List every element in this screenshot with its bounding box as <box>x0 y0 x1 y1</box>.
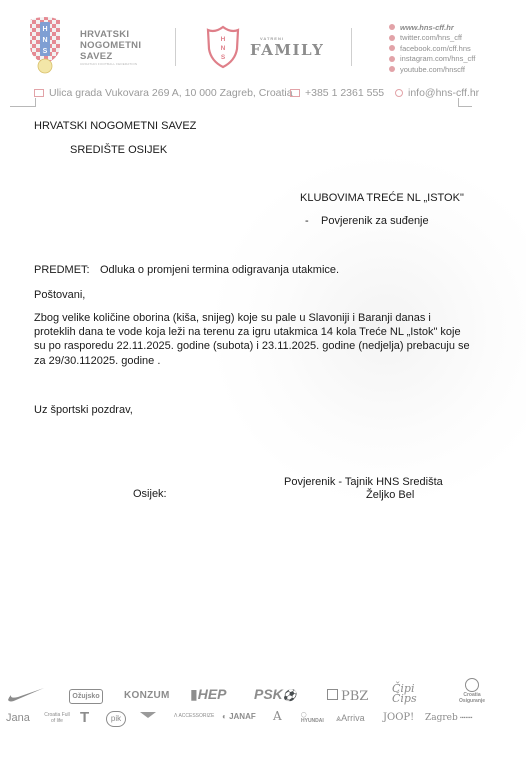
amadria-park-logo: A <box>273 709 282 723</box>
arriva-logo: ⩓Arriva <box>336 713 365 724</box>
svg-text:S: S <box>43 48 48 55</box>
twitter-icon <box>389 35 395 41</box>
zagrebacka-logo <box>140 712 156 722</box>
cipi-cips-logo: Čipi Čips <box>392 684 432 704</box>
zagreb-logo: Zagreb <box>425 713 458 723</box>
mail-icon <box>34 89 44 97</box>
croatia-osiguranje-logo: Croatia Osiguranje <box>452 678 492 704</box>
salutation: Poštovani, <box>34 288 85 303</box>
hns-crest-logo: H N S <box>28 16 62 74</box>
telekom-logo: T <box>80 709 89 726</box>
joop-logo: JOOP! <box>383 712 414 723</box>
social-link-facebook[interactable]: facebook.com/cff.hns <box>389 43 475 54</box>
at-icon <box>395 89 403 97</box>
hns-subtitle: CROATIAN FOOTBALL FEDERATION <box>80 62 137 66</box>
accessorize-logo: Λ ACCESSORIZE <box>174 713 214 719</box>
hns-family-shield-logo: H N S <box>205 25 241 69</box>
hns-name: HRVATSKI NOGOMETNI SAVEZ <box>80 29 141 62</box>
sender-org: HRVATSKI NOGOMETNI SAVEZ <box>34 119 196 134</box>
phone-icon <box>290 89 300 97</box>
svg-text:H: H <box>42 26 47 33</box>
nike-logo <box>6 686 46 704</box>
ozujsko-logo: Ožujsko <box>69 689 103 704</box>
instagram-icon <box>389 56 395 62</box>
jana-logo: Jana <box>6 712 30 724</box>
subject-label: PREDMET: <box>34 263 90 278</box>
family-title: FAMILY <box>250 41 324 59</box>
svg-text:S: S <box>221 54 226 61</box>
contact-phone: +385 1 2361 555 <box>290 87 384 99</box>
place: Osijek: <box>133 487 167 502</box>
globe-icon <box>389 24 395 30</box>
recipient-cc-bullet: - <box>305 214 309 229</box>
pik-logo: pik <box>106 711 126 727</box>
contact-address: Ulica grada Vukovara 269 A, 10 000 Zagre… <box>34 87 293 99</box>
social-link-twitter[interactable]: twitter.com/hns_cff <box>389 33 475 44</box>
letter-body: Zbog velike količine oborina (kiša, snij… <box>34 311 474 368</box>
header-divider <box>175 28 176 66</box>
svg-text:H: H <box>221 36 226 43</box>
pbz-logo: PBZ <box>327 689 368 704</box>
hep-logo: ▮HEP <box>190 686 227 703</box>
signatory-title: Povjerenik - Tajnik HNS Središta <box>284 475 443 490</box>
croatia-full-of-life-logo: Croatia Full of life <box>42 712 72 724</box>
sponsor-logo: ▪▪▪▪▪▪▪ <box>460 715 472 721</box>
psk-logo: PSK⚽ <box>254 686 297 702</box>
social-link-website[interactable]: www.hns-cff.hr <box>389 22 475 33</box>
header-rule-right <box>458 98 472 107</box>
konzum-logo: KONZUM <box>124 690 170 701</box>
header-rule-left <box>10 98 36 107</box>
social-links: www.hns-cff.hr twitter.com/hns_cff faceb… <box>389 22 475 75</box>
subject: Odluka o promjeni termina odigravanja ut… <box>100 263 339 278</box>
facebook-icon <box>389 45 395 51</box>
svg-text:N: N <box>221 45 226 52</box>
hyundai-logo: ◯HYUNDAI <box>301 712 324 724</box>
recipient: KLUBOVIMA TREĆE NL „ISTOK" <box>300 191 464 206</box>
svg-text:N: N <box>42 37 47 44</box>
janaf-logo: ◐ JANAF <box>222 712 256 721</box>
signatory-name: Željko Bel <box>366 488 414 503</box>
youtube-icon <box>389 66 395 72</box>
social-link-youtube[interactable]: youtube.com/hnscff <box>389 64 475 75</box>
closing: Uz športski pozdrav, <box>34 403 133 418</box>
sender-unit: SREDIŠTE OSIJEK <box>70 143 167 158</box>
social-link-instagram[interactable]: instagram.com/hns_cff <box>389 54 475 65</box>
header-divider-2 <box>351 28 352 66</box>
recipient-cc: Povjerenik za suđenje <box>321 214 429 229</box>
